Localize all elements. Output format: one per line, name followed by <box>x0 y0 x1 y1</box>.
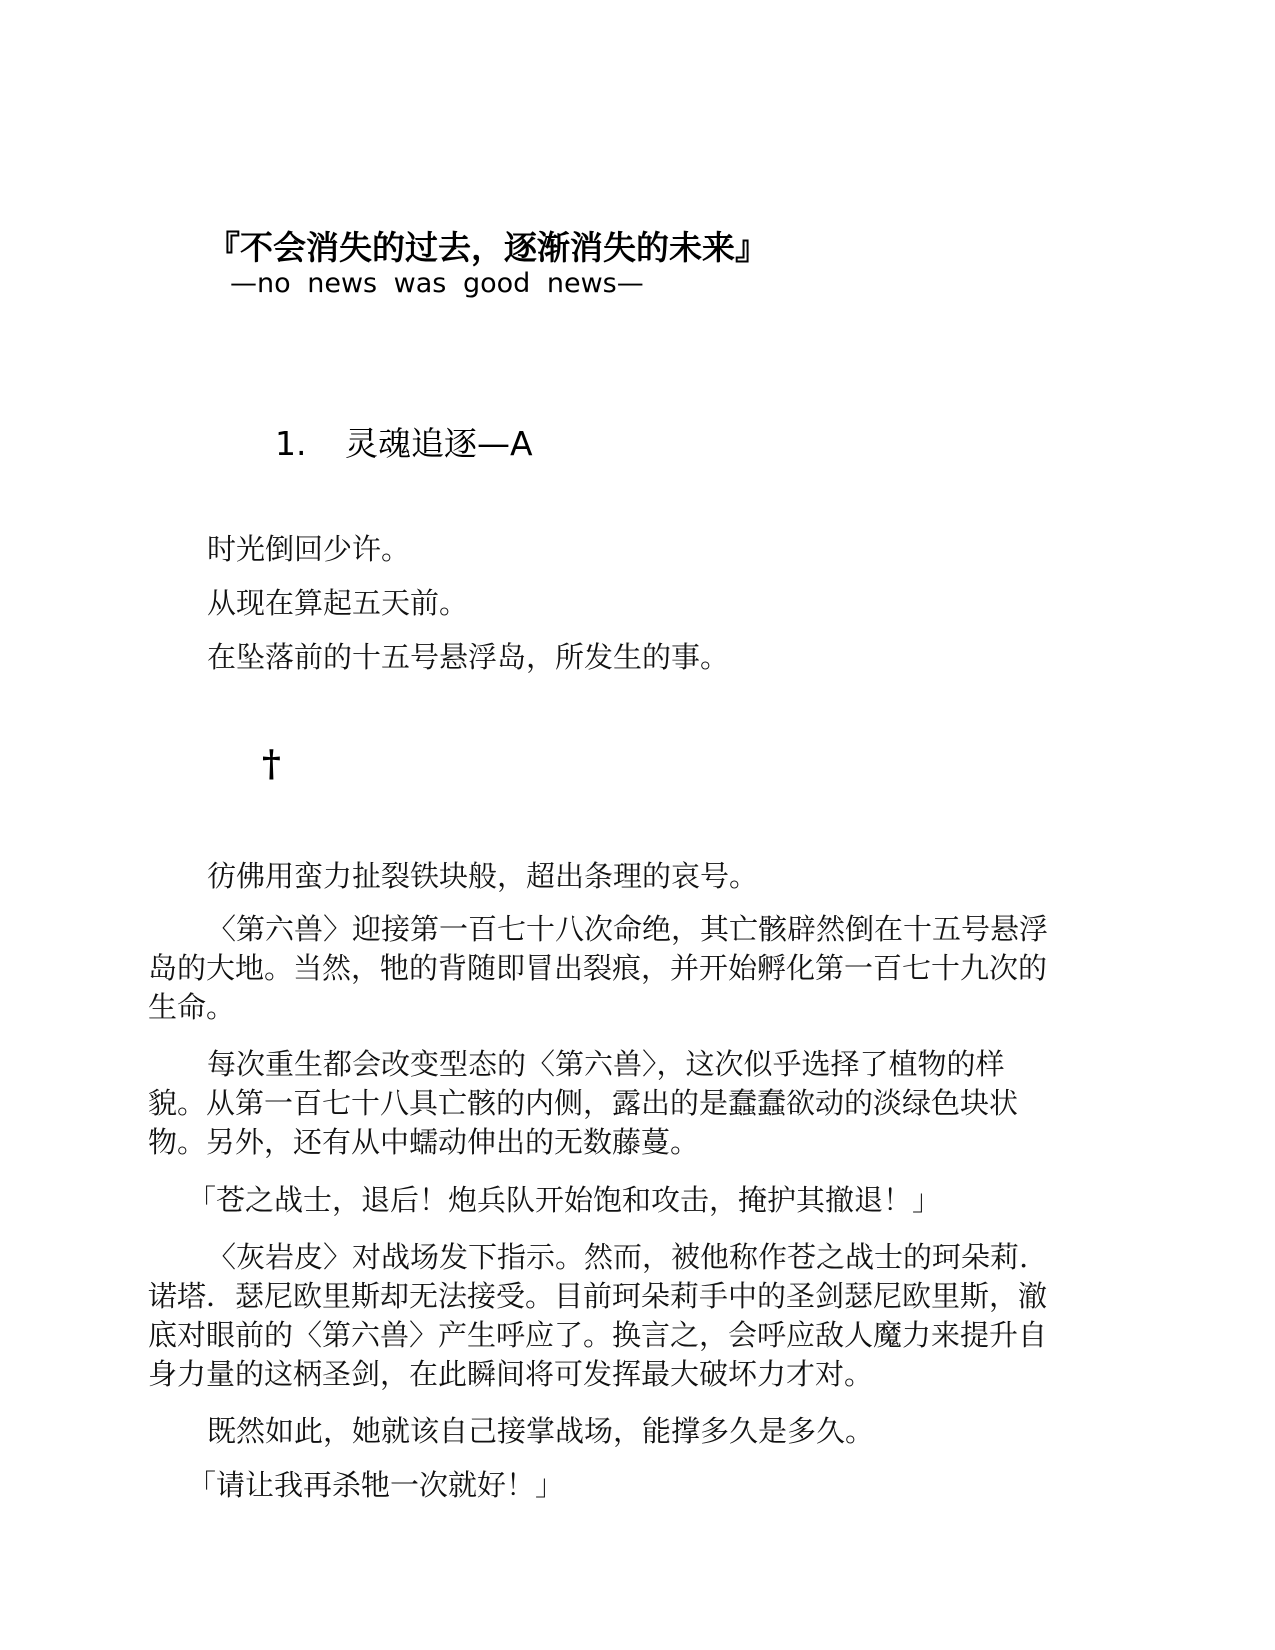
document-page: 『不会消失的过去，逐渐消失的未来』 —no news was good news… <box>0 0 1275 1650</box>
paragraph-line: 岛的大地。当然，牠的背随即冒出裂痕，并开始孵化第一百七十九次的 <box>148 954 1047 983</box>
paragraph-line: 诺塔．瑟尼欧里斯却无法接受。目前珂朵莉手中的圣剑瑟尼欧里斯，澈 <box>148 1282 1047 1311</box>
book-title: 『不会消失的过去，逐渐消失的未来』 <box>207 222 768 269</box>
intro-line: 在坠落前的十五号悬浮岛，所发生的事。 <box>207 643 729 672</box>
dialogue-line: 「请让我再杀牠一次就好！」 <box>187 1471 564 1500</box>
paragraph-line: 〈第六兽〉迎接第一百七十八次命绝，其亡骸辟然倒在十五号悬浮 <box>207 915 1048 944</box>
intro-line: 从现在算起五天前。 <box>207 589 468 618</box>
dagger-separator-icon: † <box>262 743 281 785</box>
intro-line: 时光倒回少许。 <box>207 535 410 564</box>
paragraph-line: 身力量的这柄圣剑，在此瞬间将可发挥最大破坏力才对。 <box>148 1360 873 1389</box>
chapter-title: 灵魂追逐—A <box>345 424 533 463</box>
paragraph-line: 既然如此，她就该自己接掌战场，能撑多久是多久。 <box>207 1417 874 1446</box>
paragraph-line: 每次重生都会改变型态的〈第六兽〉，这次似乎选择了植物的样 <box>207 1050 1005 1079</box>
dialogue-line: 「苍之战士，退后！炮兵队开始饱和攻击，掩护其撤退！」 <box>187 1186 941 1215</box>
book-subtitle: —no news was good news— <box>230 268 644 299</box>
chapter-number: 1. <box>275 424 345 463</box>
paragraph-line: 物。另外，还有从中蠕动伸出的无数藤蔓。 <box>148 1128 699 1157</box>
paragraph-line: 彷佛用蛮力扯裂铁块般，超出条理的哀号。 <box>207 862 758 891</box>
paragraph-line: 〈灰岩皮〉对战场发下指示。然而，被他称作苍之战士的珂朵莉. <box>207 1243 1028 1272</box>
paragraph-line: 底对眼前的〈第六兽〉产生呼应了。换言之，会呼应敌人魔力来提升自 <box>148 1321 1047 1350</box>
paragraph-line: 生命。 <box>148 993 235 1022</box>
paragraph-line: 貌。从第一百七十八具亡骸的内侧，露出的是蠢蠢欲动的淡绿色块状 <box>148 1089 1018 1118</box>
chapter-heading: 1.灵魂追逐—A <box>275 418 533 465</box>
